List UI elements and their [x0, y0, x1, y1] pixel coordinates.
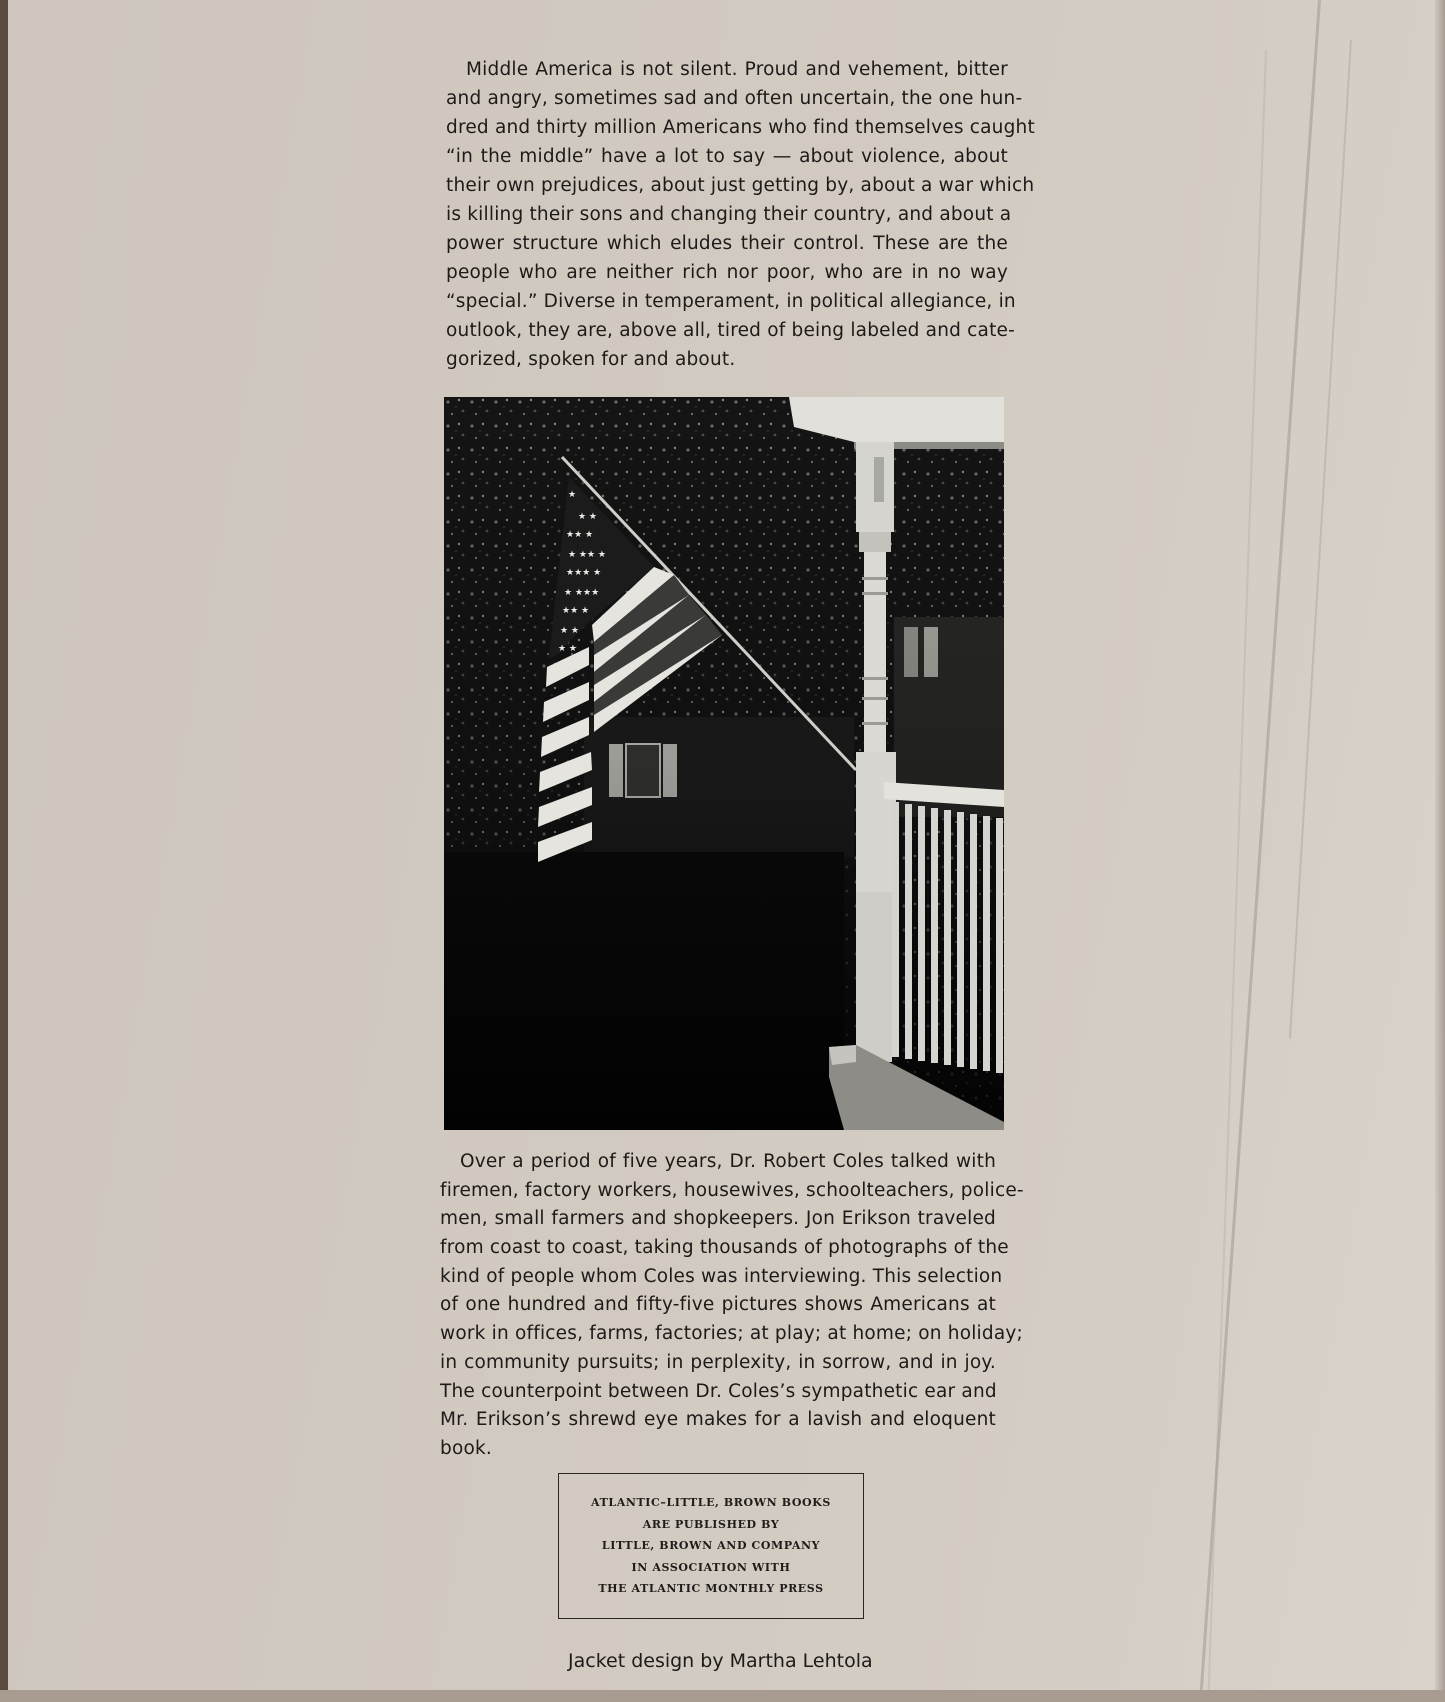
svg-text:★★ ★: ★★ ★	[562, 606, 589, 616]
text-line: Mr. Erikson’s shrewd eye makes for a lav…	[440, 1406, 996, 1435]
svg-text:★ ★: ★ ★	[560, 626, 579, 636]
publisher-line: are published by	[559, 1514, 863, 1536]
jacket-right-edge	[1435, 0, 1445, 1690]
publisher-line: Little, Brown and Company	[559, 1535, 863, 1557]
text-line: work in offices, farms, factories; at pl…	[440, 1320, 996, 1349]
text-line: people who are neither rich nor poor, wh…	[446, 258, 1008, 287]
text-line: is killing their sons and changing their…	[446, 200, 1008, 229]
blurb-paragraph-2: Over a period of five years, Dr. Robert …	[440, 1148, 996, 1464]
text-line: in community pursuits; in perplexity, in…	[440, 1349, 996, 1378]
text-line: gorized, spoken for and about.	[446, 345, 1008, 374]
text-line: from coast to coast, taking thousands of…	[440, 1234, 996, 1263]
svg-text:★: ★	[568, 490, 576, 500]
jacket-design-credit: Jacket design by Martha Lehtola	[568, 1650, 868, 1672]
text-line: kind of people whom Coles was interviewi…	[440, 1263, 996, 1292]
text-line: The counterpoint between Dr. Coles’s sym…	[440, 1378, 996, 1407]
publisher-notice-box: Atlantic–Little, Brown Booksare publishe…	[558, 1473, 864, 1619]
jacket-left-edge	[0, 0, 8, 1702]
text-line: outlook, they are, above all, tired of b…	[446, 316, 1008, 345]
text-line: dred and thirty million Americans who fi…	[446, 113, 1008, 142]
text-line: “in the middle” have a lot to say — abou…	[446, 142, 1008, 171]
flag-porch-photograph: ★ ★ ★ ★★ ★ ★ ★★ ★ ★★★ ★ ★ ★★★ ★★ ★ ★ ★ ★…	[444, 397, 1004, 1130]
text-line: power structure which eludes their contr…	[446, 229, 1008, 258]
jacket-bottom-edge	[0, 1690, 1445, 1702]
blurb-paragraph-1: Middle America is not silent. Proud and …	[446, 55, 1008, 374]
text-line: firemen, factory workers, housewives, sc…	[440, 1177, 996, 1206]
text-line: and angry, sometimes sad and often uncer…	[446, 84, 1008, 113]
svg-text:★ ★★ ★: ★ ★★ ★	[568, 550, 606, 560]
publisher-line: The Atlantic Monthly Press	[559, 1578, 863, 1600]
text-line: their own prejudices, about just getting…	[446, 171, 1008, 200]
text-line: book.	[440, 1435, 996, 1464]
text-line: Over a period of five years, Dr. Robert …	[440, 1148, 996, 1177]
svg-text:★ ★★★: ★ ★★★	[564, 588, 599, 598]
svg-text:★ ★: ★ ★	[578, 512, 597, 522]
svg-text:★ ★: ★ ★	[558, 644, 577, 654]
publisher-line: Atlantic–Little, Brown Books	[559, 1492, 863, 1514]
text-line: of one hundred and fifty-five pictures s…	[440, 1291, 996, 1320]
text-line: “special.” Diverse in temperament, in po…	[446, 287, 1008, 316]
svg-text:★★ ★: ★★ ★	[566, 530, 593, 540]
publisher-line: in association with	[559, 1557, 863, 1579]
text-line: men, small farmers and shopkeepers. Jon …	[440, 1205, 996, 1234]
text-line: Middle America is not silent. Proud and …	[446, 55, 1008, 84]
svg-text:★★★ ★: ★★★ ★	[566, 568, 601, 578]
